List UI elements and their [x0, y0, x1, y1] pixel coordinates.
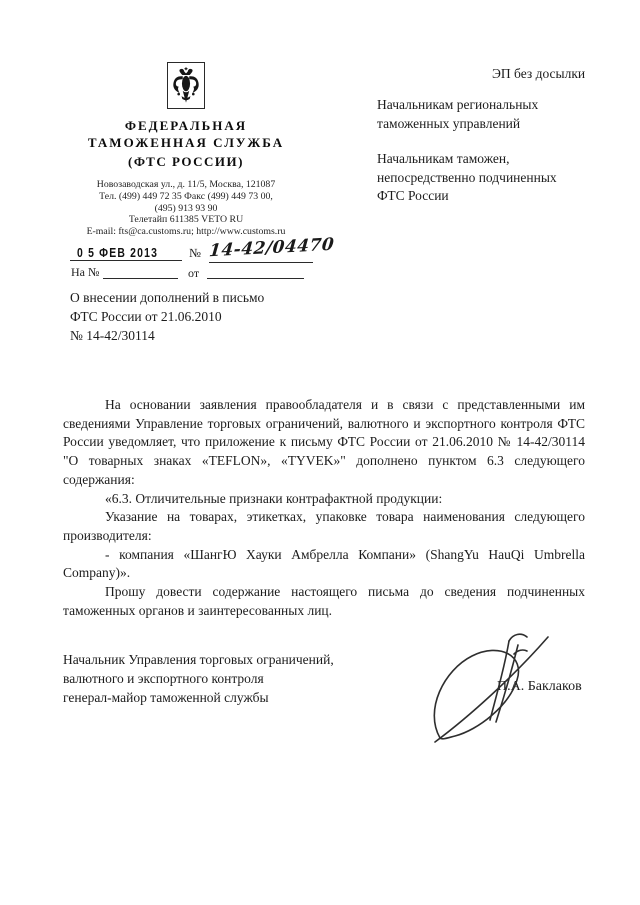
subject-block: О внесении дополнений в письмо ФТС Росси… [70, 288, 310, 345]
addressee-block-2: Начальникам таможен, непосредственно под… [377, 150, 557, 206]
addressee2-line2: непосредственно подчиненных [377, 169, 557, 188]
subject-line3: № 14-42/30114 [70, 326, 310, 345]
coat-of-arms-eagle-icon [171, 66, 201, 106]
emblem-frame [167, 62, 205, 109]
handwritten-outgoing-number: 14-42/04470 [208, 235, 335, 262]
body-paragraph-1: На основании заявления правообладателя и… [63, 396, 585, 490]
letter-body: На основании заявления правообладателя и… [63, 396, 585, 620]
body-paragraph-2: «6.3. Отличительные признаки контрафактн… [63, 490, 585, 509]
phone-line2: (495) 913 93 90 [36, 203, 336, 215]
reply-to-label: На № [71, 265, 99, 280]
reply-from-label: от [188, 266, 199, 281]
body-paragraph-5: Прошу довести содержание настоящего пись… [63, 583, 585, 620]
org-abbreviation: (ФТС РОССИИ) [36, 154, 336, 170]
delivery-note: ЭП без досылки [492, 66, 585, 82]
signer-title-line1: Начальник Управления торговых ограничени… [63, 650, 334, 669]
addressee2-line3: ФТС России [377, 187, 557, 206]
date-stamp: 0 5 ФЕВ 2013 [77, 245, 158, 260]
reply-number-underline [103, 278, 178, 279]
subject-line1: О внесении дополнений в письмо [70, 288, 310, 307]
addressee2-line1: Начальникам таможен, [377, 150, 557, 169]
addressee-block-1: Начальникам региональных таможенных упра… [377, 96, 538, 133]
date-underline [70, 260, 182, 261]
subject-line2: ФТС России от 21.06.2010 [70, 307, 310, 326]
body-paragraph-3: Указание на товарах, этикетках, упаковке… [63, 508, 585, 545]
letterhead: ФЕДЕРАЛЬНАЯ ТАМОЖЕННАЯ СЛУЖБА (ФТС РОССИ… [36, 62, 336, 238]
number-sign: № [189, 246, 201, 261]
contact-block: Новозаводская ул., д. 11/5, Москва, 1210… [36, 179, 336, 238]
signer-name: П.А. Баклаков [497, 679, 582, 695]
scanned-letter-page: ФЕДЕРАЛЬНАЯ ТАМОЖЕННАЯ СЛУЖБА (ФТС РОССИ… [0, 0, 640, 905]
body-paragraph-4: - компания «ШангЮ Хауки Амбрелла Компани… [63, 546, 585, 583]
signer-title-block: Начальник Управления торговых ограничени… [63, 650, 334, 707]
signer-title-line2: валютного и экспортного контроля [63, 669, 334, 688]
phone-line: Тел. (499) 449 72 35 Факс (499) 449 73 0… [36, 191, 336, 203]
org-name-line1: ФЕДЕРАЛЬНАЯ [36, 117, 336, 134]
postal-address: Новозаводская ул., д. 11/5, Москва, 1210… [36, 179, 336, 191]
signer-title-line3: генерал-майор таможенной службы [63, 688, 334, 707]
number-underline [209, 262, 313, 263]
teletype-line: Телетайп 611385 VETO RU [36, 214, 336, 226]
reply-date-underline [207, 278, 304, 279]
addressee1-line2: таможенных управлений [377, 115, 538, 134]
reference-row: 0 5 ФЕВ 2013 № 14-42/04470 На № от [63, 243, 323, 288]
addressee1-line1: Начальникам региональных [377, 96, 538, 115]
org-name-line2: ТАМОЖЕННАЯ СЛУЖБА [36, 134, 336, 151]
